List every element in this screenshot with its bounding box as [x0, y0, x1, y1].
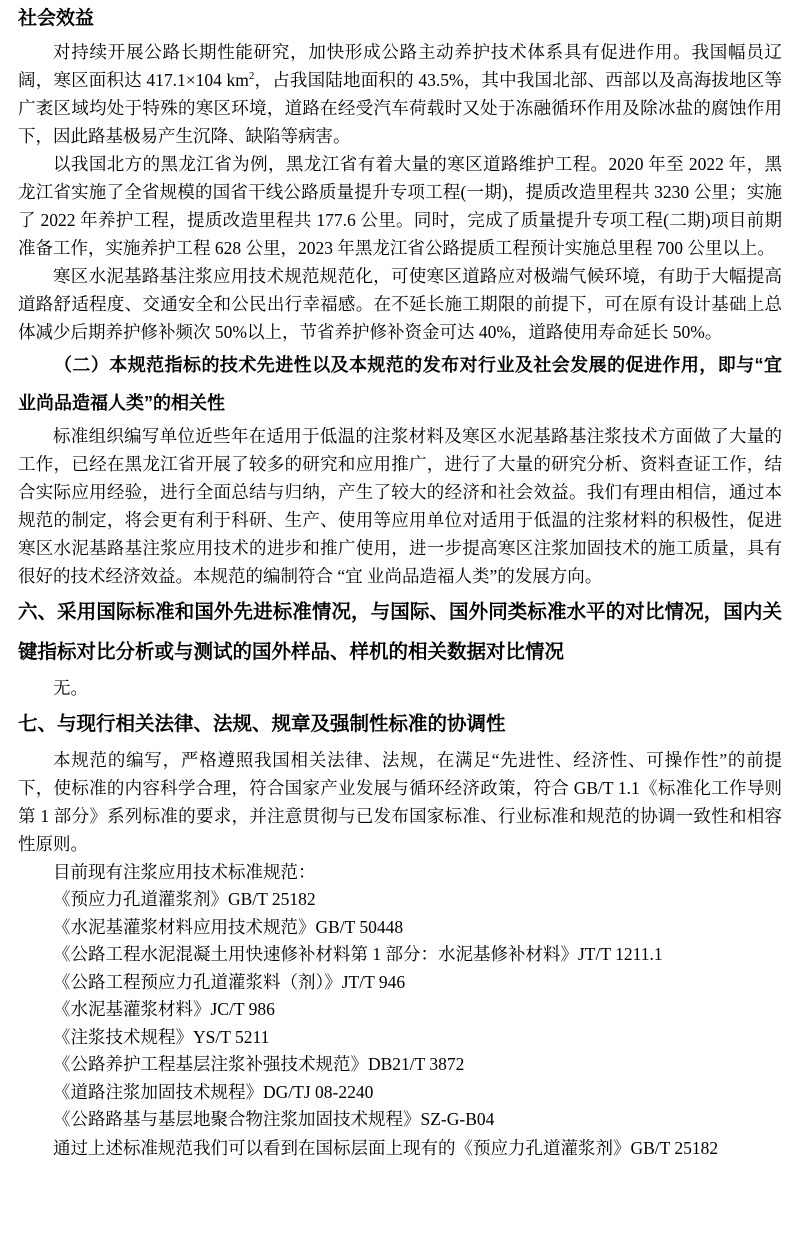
- standard-list-item: 《道路注浆加固技术规程》DG/TJ 08-2240: [18, 1079, 782, 1107]
- document-page: 社会效益 对持续开展公路长期性能研究，加快形成公路主动养护技术体系具有促进作用。…: [0, 0, 800, 1239]
- standard-list-item: 《注浆技术规程》YS/T 5211: [18, 1024, 782, 1052]
- paragraph-section-7: 本规范的编写，严格遵照我国相关法律、法规，在满足“先进性、经济性、可操作性”的前…: [18, 746, 782, 858]
- standard-list-item: 《预应力孔道灌浆剂》GB/T 25182: [18, 886, 782, 914]
- paragraph-social-benefit-2: 以我国北方的黑龙江省为例，黑龙江省有着大量的寒区道路维护工程。2020 年至 2…: [18, 150, 782, 262]
- standard-list-item: 《水泥基灌浆材料》JC/T 986: [18, 996, 782, 1024]
- standard-list-item: 《水泥基灌浆材料应用技术规范》GB/T 50448: [18, 914, 782, 942]
- standard-list-item: 《公路路基与基层地聚合物注浆加固技术规程》SZ-G-B04: [18, 1106, 782, 1134]
- standard-list-item: 《公路工程预应力孔道灌浆料（剂）》JT/T 946: [18, 969, 782, 997]
- paragraph-social-benefit-1: 对持续开展公路长期性能研究，加快形成公路主动养护技术体系具有促进作用。我国幅员辽…: [18, 38, 782, 150]
- standard-list-item: 《公路养护工程基层注浆补强技术规范》DB21/T 3872: [18, 1051, 782, 1079]
- heading-section-7: 七、与现行相关法律、法规、规章及强制性标准的协调性: [18, 704, 782, 744]
- paragraph-closing: 通过上述标准规范我们可以看到在国标层面上现有的《预应力孔道灌浆剂》GB/T 25…: [18, 1134, 782, 1162]
- heading-subsection-2: （二）本规范指标的技术先进性以及本规范的发布对行业及社会发展的促进作用，即与“宜…: [18, 346, 782, 422]
- standard-list-item: 《公路工程水泥混凝土用快速修补材料第 1 部分：水泥基修补材料》JT/T 121…: [18, 941, 782, 969]
- heading-section-6: 六、采用国际标准和国外先进标准情况，与国际、国外同类标准水平的对比情况，国内关键…: [18, 592, 782, 672]
- paragraph-social-benefit-3: 寒区水泥基路基注浆应用技术规范规范化，可使寒区道路应对极端气候环境，有助于大幅提…: [18, 262, 782, 346]
- standards-list: 《预应力孔道灌浆剂》GB/T 25182 《水泥基灌浆材料应用技术规范》GB/T…: [18, 886, 782, 1134]
- paragraph-standards-intro: 目前现有注浆应用技术标准规范：: [18, 858, 782, 886]
- paragraph-section-6-none: 无。: [18, 674, 782, 702]
- heading-social-benefit: 社会效益: [18, 6, 782, 32]
- paragraph-subsection-2: 标准组织编写单位近些年在适用于低温的注浆材料及寒区水泥基路基注浆技术方面做了大量…: [18, 422, 782, 590]
